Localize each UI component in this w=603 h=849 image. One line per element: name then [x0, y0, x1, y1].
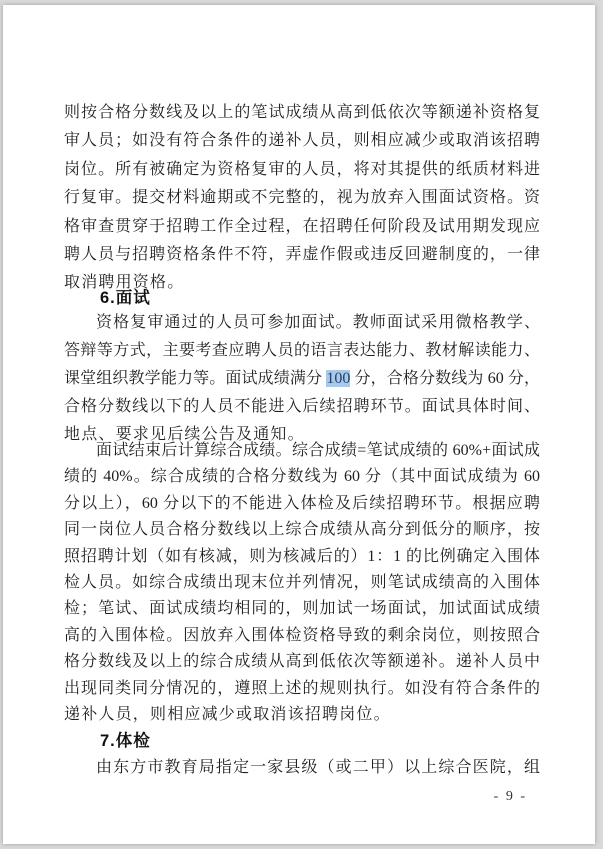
- text-line: 绩的 40%。综合成绩的合格分数线为 60 分（其中面试成绩为 60: [64, 464, 540, 490]
- section-heading-physical-exam: 7.体检: [64, 727, 540, 755]
- text-line: 合格分数线以下的人员不能进入后续招聘环节。面试具体时间、: [64, 393, 540, 421]
- paragraph-composite-score: 面试结束后计算综合成绩。综合成绩=笔试成绩的 60%+面试成 绩的 40%。综合…: [64, 438, 540, 728]
- text-line: 课堂组织教学能力等。面试成绩满分 100 分，合格分数线为 60 分，: [64, 365, 540, 393]
- text-line: 同一岗位人员合格分数线以上综合成绩从高分到低分的顺序，按: [64, 517, 540, 543]
- text-line: 审人员；如没有符合条件的递补人员，则相应减少或取消该招聘: [64, 127, 540, 155]
- section-heading-interview: 6.面试: [64, 284, 540, 312]
- text-line: 递补人员，则相应减少或取消该招聘岗位。: [64, 702, 540, 728]
- text-line: 出现同类同分情况的，遵照上述的规则执行。如没有符合条件的: [64, 676, 540, 702]
- text-line: 面试结束后计算综合成绩。综合成绩=笔试成绩的 60%+面试成: [64, 438, 540, 464]
- text-line: 格审查贯穿于招聘工作全过程，在招聘任何阶段及试用期发现应: [64, 213, 540, 241]
- text-line: 资格复审通过的人员可参加面试。教师面试采用微格教学、: [64, 309, 540, 337]
- text-line: 检人员。如综合成绩出现末位并列情况，则笔试成绩高的入围体: [64, 570, 540, 596]
- text-line: 由东方市教育局指定一家县级（或二甲）以上综合医院，组: [64, 754, 540, 782]
- text-line: 高的入围体检。因放弃入围体检资格导致的剩余岗位，则按照合: [64, 623, 540, 649]
- text-line: 格分数线及以上的综合成绩从高到低依次等额递补。递补人员中: [64, 649, 540, 675]
- page-number: - 9 -: [3, 788, 527, 806]
- text-segment: 分，合格分数线为 60 分，: [350, 370, 540, 387]
- text-line: 照招聘计划（如有核减，则为核减后的）1：1 的比例确定入围体: [64, 544, 540, 570]
- text-line: 分以上），60 分以下的不能进入体检及后续招聘环节。根据应聘: [64, 491, 540, 517]
- document-viewer: 则按合格分数线及以上的笔试成绩从高到低依次等额递补资格复 审人员；如没有符合条件…: [0, 0, 603, 849]
- paragraph-interview-format: 资格复审通过的人员可参加面试。教师面试采用微格教学、 答辩等方式，主要考查应聘人…: [64, 309, 540, 449]
- text-line: 答辩等方式，主要考查应聘人员的语言表达能力、教材解读能力、: [64, 337, 540, 365]
- document-page: 则按合格分数线及以上的笔试成绩从高到低依次等额递补资格复 审人员；如没有符合条件…: [3, 5, 595, 844]
- paragraph-resupply-rules: 则按合格分数线及以上的笔试成绩从高到低依次等额递补资格复 审人员；如没有符合条件…: [64, 99, 540, 298]
- heading-text: 6.面试: [100, 284, 540, 312]
- text-line: 行复审。提交材料逾期或不完整的，视为放弃入围面试资格。资: [64, 184, 540, 212]
- search-highlight: 100: [326, 370, 350, 387]
- text-line: 岗位。所有被确定为资格复审的人员，将对其提供的纸质材料进: [64, 156, 540, 184]
- text-segment: 课堂组织教学能力等。面试成绩满分: [64, 370, 326, 387]
- heading-text: 7.体检: [100, 727, 540, 755]
- text-line: 则按合格分数线及以上的笔试成绩从高到低依次等额递补资格复: [64, 99, 540, 127]
- paragraph-physical-exam: 由东方市教育局指定一家县级（或二甲）以上综合医院，组: [64, 754, 540, 782]
- text-line: 检；笔试、面试成绩均相同的，则加试一场面试，加试面试成绩: [64, 596, 540, 622]
- text-line: 聘人员与招聘资格条件不符，弄虚作假或违反回避制度的，一律: [64, 241, 540, 269]
